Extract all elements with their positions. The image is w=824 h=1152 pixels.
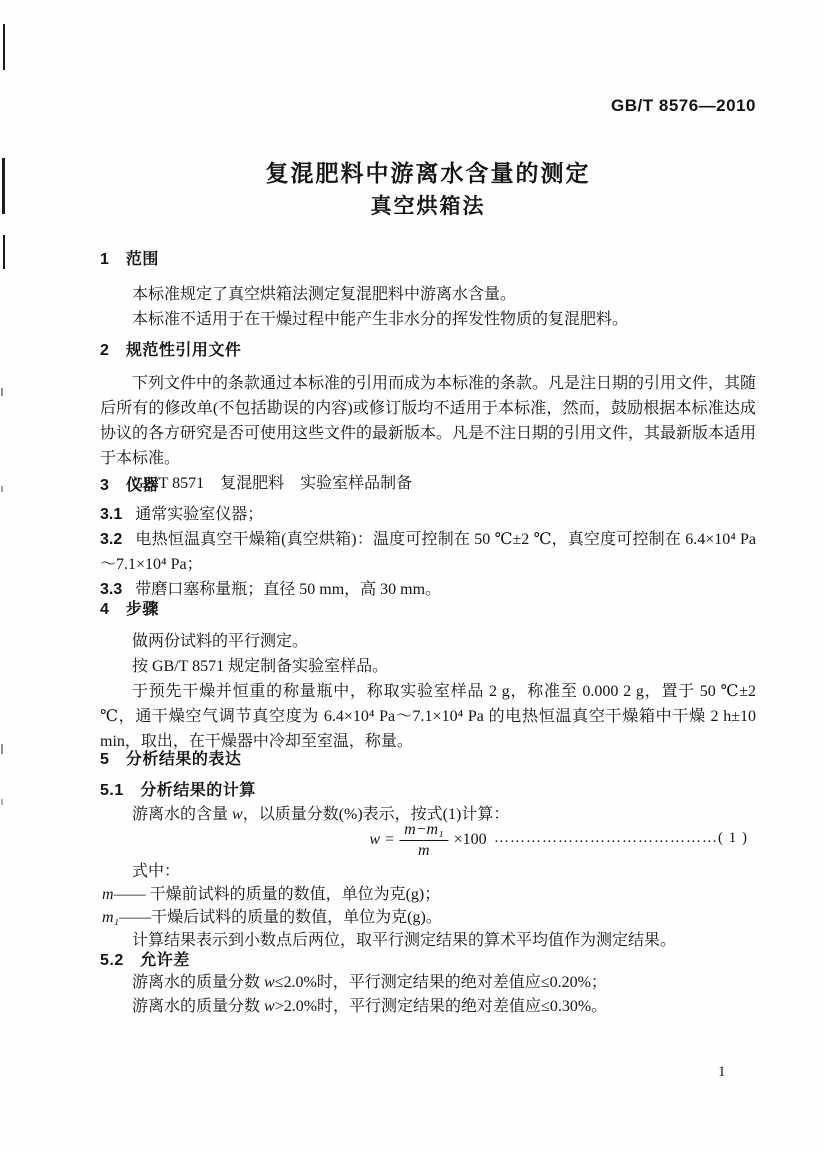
text-segment: 游离水的质量分数 — [132, 974, 264, 991]
section-4-body: 做两份试料的平行测定。 按 GB/T 8571 规定制备实验室样品。 于预先干燥… — [100, 629, 756, 754]
paragraph: 本标准不适用于在干燥过程中能产生非水分的挥发性物质的复混肥料。 — [100, 307, 756, 332]
clause-3-1: 3.1通常实验室仪器； — [100, 502, 756, 527]
title-line-2: 真空烘箱法 — [100, 190, 756, 224]
fraction-numerator: m−m₁ — [399, 820, 448, 841]
text-segment: 游离水的质量分数 — [132, 998, 264, 1015]
text-segment: ≤2.0%时，平行测定结果的绝对差值应≤0.20%； — [275, 974, 607, 991]
scan-artifact — [2, 158, 5, 214]
standard-code: GB/T 8576—2010 — [100, 96, 756, 116]
equation-label: ……………………………………( 1 ) — [494, 830, 748, 847]
document-page: GB/T 8576—2010 复混肥料中游离水含量的测定 真空烘箱法 1 范围 … — [0, 0, 824, 1152]
where-label: 式中： — [100, 860, 756, 883]
variable-w: w — [264, 974, 275, 991]
scan-artifact — [1, 388, 3, 396]
definition-text: —— 干燥前试料的质量的数值，单位为克(g)； — [114, 886, 441, 903]
formula-definitions: 式中： m—— 干燥前试料的质量的数值，单位为克(g)； m₁——干燥后试料的质… — [100, 860, 756, 952]
scan-artifact — [3, 24, 5, 70]
section-1-body: 本标准规定了真空烘箱法测定复混肥料中游离水含量。 本标准不适用于在干燥过程中能产… — [100, 282, 756, 332]
definition-text: ——干燥后试料的质量的数值，单位为克(g)。 — [119, 909, 442, 926]
variable-m: m — [102, 886, 114, 903]
formula-1: w = m−m₁ m ×100 — [369, 820, 486, 860]
times-100: ×100 — [454, 831, 487, 849]
paragraph: 按 GB/T 8571 规定制备实验室样品。 — [100, 654, 756, 679]
section-5-2-heading: 5.2 允许差 — [100, 947, 756, 970]
tolerance-line-1: 游离水的质量分数 w≤2.0%时，平行测定结果的绝对差值应≤0.20%； — [100, 971, 756, 995]
paragraph: 于预先干燥并恒重的称量瓶中，称取实验室样品 2 g，称准至 0.000 2 g，… — [100, 679, 756, 754]
section-5-heading: 5 分析结果的表达 — [100, 746, 756, 769]
variable-m1: m₁ — [102, 909, 119, 926]
scan-artifact — [3, 235, 5, 269]
clause-number: 3.1 — [100, 506, 122, 523]
fraction-denominator: m — [399, 841, 448, 860]
text-segment: >2.0%时，平行测定结果的绝对差值应≤0.30%。 — [275, 998, 607, 1015]
paragraph: 下列文件中的条款通过本标准的引用而成为本标准的条款。凡是注日期的引用文件，其随后… — [100, 371, 756, 471]
variable-w: w — [264, 998, 275, 1015]
tolerance-line-2: 游离水的质量分数 w>2.0%时，平行测定结果的绝对差值应≤0.30%。 — [100, 995, 756, 1019]
scan-artifact — [1, 799, 3, 805]
page-number: 1 — [718, 1064, 726, 1081]
dot-leader: …………………………………… — [494, 830, 718, 846]
section-1-heading: 1 范围 — [100, 246, 756, 269]
equals-sign: = — [385, 831, 394, 849]
section-5-1-heading: 5.1 分析结果的计算 — [100, 777, 756, 800]
paragraph: 做两份试料的平行测定。 — [100, 629, 756, 654]
clause-3-2: 3.2电热恒温真空干燥箱(真空烘箱)：温度可控制在 50 ℃±2 ℃，真空度可控… — [100, 527, 756, 577]
equation-number: ( 1 ) — [718, 830, 748, 846]
section-3-body: 3.1通常实验室仪器； 3.2电热恒温真空干燥箱(真空烘箱)：温度可控制在 50… — [100, 502, 756, 602]
section-5-2-body: 游离水的质量分数 w≤2.0%时，平行测定结果的绝对差值应≤0.20%； 游离水… — [100, 971, 756, 1019]
clause-number: 3.2 — [100, 531, 122, 548]
fraction: m−m₁ m — [399, 820, 448, 860]
paragraph: 本标准规定了真空烘箱法测定复混肥料中游离水含量。 — [100, 282, 756, 307]
clause-text: 通常实验室仪器； — [135, 506, 263, 523]
scan-artifact — [1, 744, 3, 754]
scan-artifact — [1, 486, 3, 492]
document-title: 复混肥料中游离水含量的测定 真空烘箱法 — [100, 156, 756, 224]
definition-m: m—— 干燥前试料的质量的数值，单位为克(g)； — [100, 883, 756, 906]
formula-lhs: w — [369, 831, 380, 849]
section-3-heading: 3 仪器 — [100, 472, 756, 495]
section-4-heading: 4 步骤 — [100, 596, 756, 619]
definition-m1: m₁——干燥后试料的质量的数值，单位为克(g)。 — [100, 906, 756, 929]
title-line-1: 复混肥料中游离水含量的测定 — [100, 156, 756, 190]
clause-text: 电热恒温真空干燥箱(真空烘箱)：温度可控制在 50 ℃±2 ℃，真空度可控制在 … — [100, 531, 756, 573]
section-2-heading: 2 规范性引用文件 — [100, 337, 756, 360]
